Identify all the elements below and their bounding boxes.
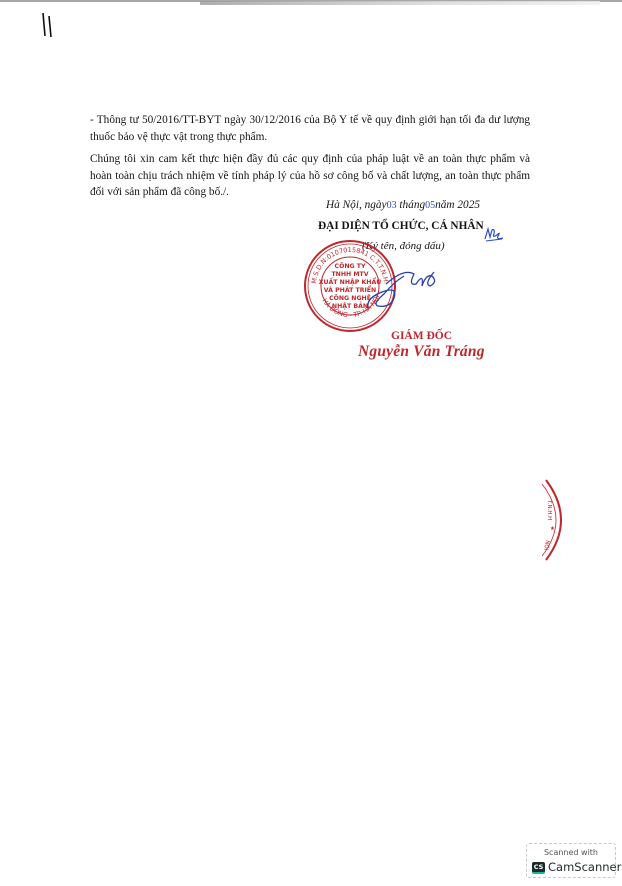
handwritten-day: 03 [387, 200, 397, 211]
place-date-prefix: Hà Nội, ngày [326, 199, 387, 211]
scan-shadow [200, 1, 600, 5]
partial-seal-icon: T.N.H.H ★ NỘI [540, 478, 580, 562]
camscanner-brand-row: CS CamScanner [532, 860, 621, 874]
signer-name: Nguyễn Văn Tráng [358, 343, 485, 361]
camscanner-watermark: Scanned with CS CamScanner [526, 843, 616, 878]
handwritten-page-mark [40, 12, 54, 38]
handwritten-signature-icon [364, 262, 444, 314]
camscanner-brand: CamScanner [548, 860, 621, 874]
place-date-line: Hà Nội, ngày03 tháng05năm 2025 [326, 199, 480, 211]
camscanner-logo-icon: CS [532, 862, 545, 873]
legal-reference-paragraph: - Thông tư 50/2016/TT-BYT ngày 30/12/201… [90, 112, 530, 145]
svg-text:NỘI: NỘI [542, 540, 551, 552]
commitment-paragraph: Chúng tôi xin cam kết thực hiện đầy đủ c… [90, 151, 530, 201]
year-text: năm 2025 [435, 199, 480, 211]
svg-text:T.N.H.H: T.N.H.H [546, 499, 552, 520]
signer-title: GIÁM ĐỐC [391, 330, 452, 342]
month-prefix: tháng [397, 199, 426, 211]
org-representative-label: ĐẠI DIỆN TỔ CHỨC, CÁ NHÂN [318, 220, 484, 232]
initial-signature-icon [483, 226, 505, 242]
scanned-with-label: Scanned with [527, 848, 615, 857]
svg-text:★: ★ [550, 526, 555, 532]
svg-text:CÔNG TY: CÔNG TY [335, 261, 366, 270]
handwritten-month: 05 [425, 200, 435, 211]
